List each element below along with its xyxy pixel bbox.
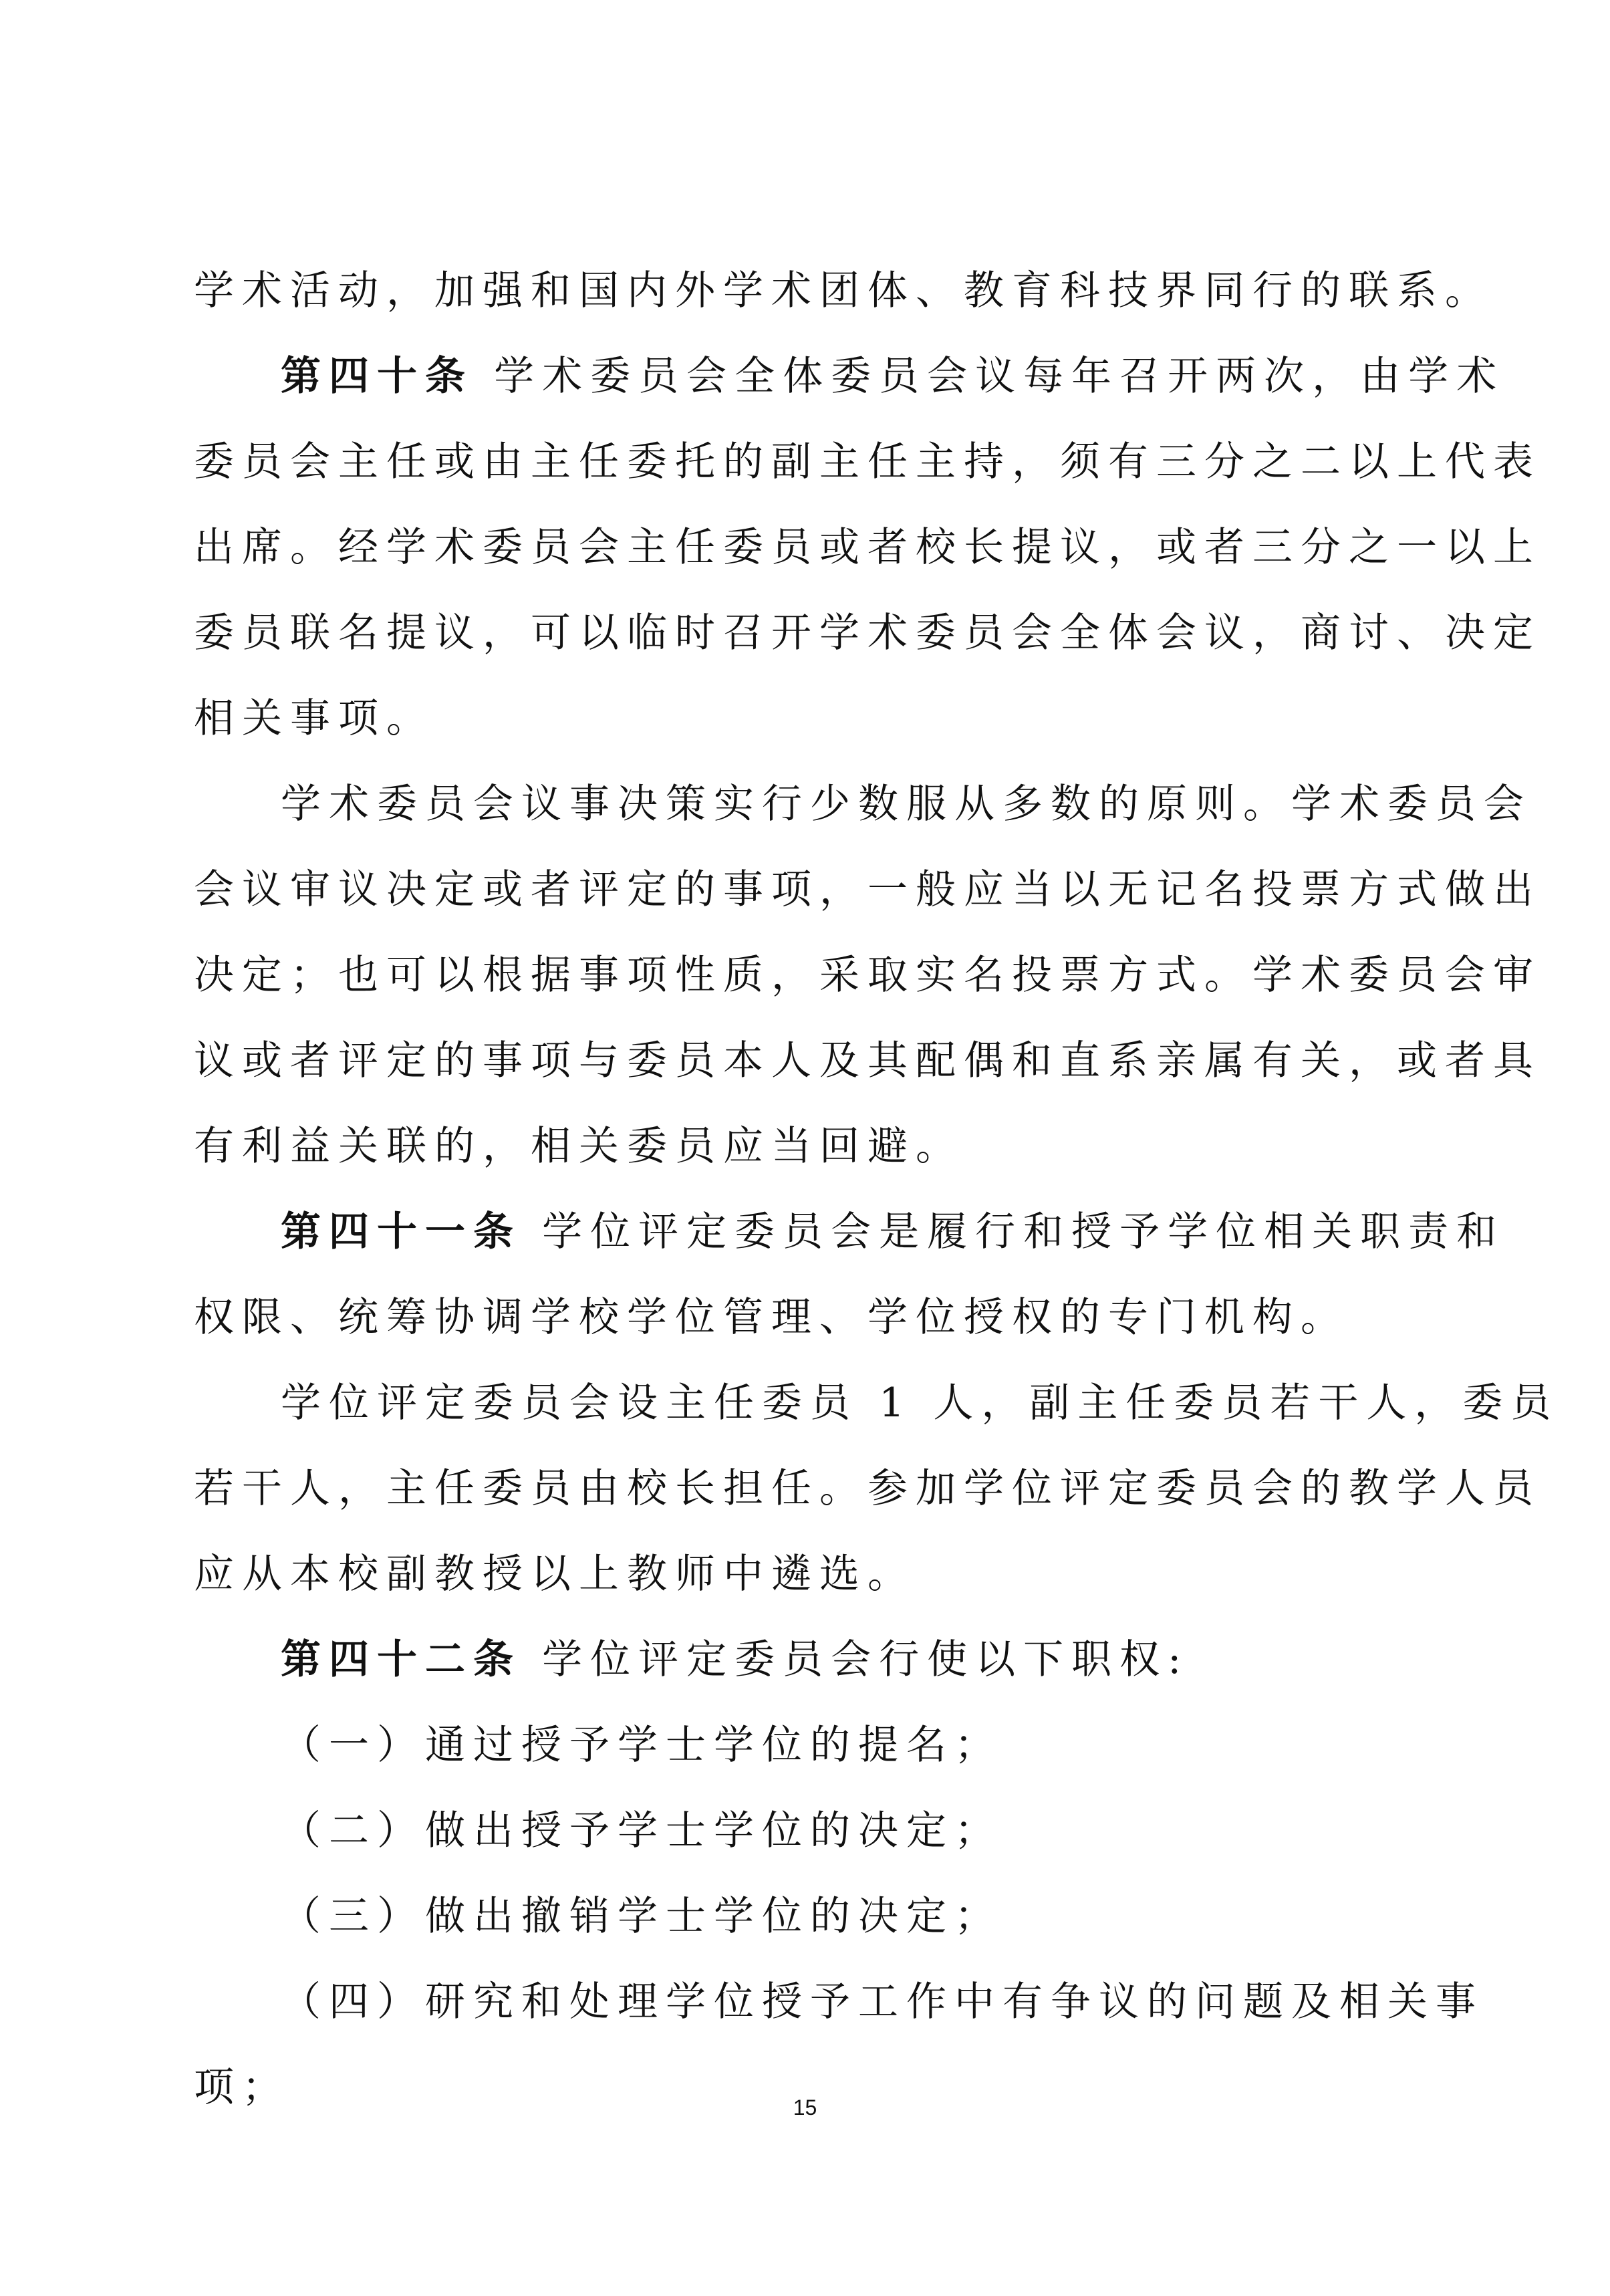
- article-41-line: 第四十一条 学位评定委员会是履行和授予学位相关职责和: [281, 1205, 1504, 1259]
- text-line: 相关事项。: [194, 692, 434, 745]
- text-line: 学术委员会议事决策实行少数服从多数的原则。学术委员会: [281, 777, 1532, 831]
- list-item: （四）研究和处理学位授予工作中有争议的问题及相关事: [281, 1975, 1484, 2029]
- text-line: 决定；也可以根据事项性质，采取实名投票方式。学术委员会审: [194, 948, 1541, 1002]
- article-40-line: 第四十条 学术委员会全体委员会议每年召开两次，由学术: [281, 350, 1504, 403]
- text-line: 学术活动，加强和国内外学术团体、教育科技界同行的联系。: [194, 264, 1493, 317]
- article-heading: 第四十条: [281, 353, 473, 400]
- text-line: 应从本校副教授以上教师中遴选。: [194, 1547, 916, 1601]
- text-line: 出席。经学术委员会主任委员或者校长提议，或者三分之一以上: [194, 521, 1541, 574]
- list-item: （二）做出授予学士学位的决定；: [281, 1804, 1002, 1858]
- text-line: 委员会主任或由主任委托的副主任主持，须有三分之二以上代表: [194, 435, 1541, 489]
- text-line: 委员联名提议，可以临时召开学术委员会全体会议，商讨、决定: [194, 606, 1541, 660]
- page-number: 15: [0, 2095, 1610, 2120]
- article-heading: 第四十二条: [281, 1636, 521, 1683]
- text-line: 会议审议决定或者评定的事项，一般应当以无记名投票方式做出: [194, 863, 1541, 916]
- document-page: 学术活动，加强和国内外学术团体、教育科技界同行的联系。 第四十条 学术委员会全体…: [0, 0, 1610, 2296]
- text-line: 权限、统筹协调学校学位管理、学位授权的专门机构。: [194, 1291, 1349, 1344]
- text-line: 议或者评定的事项与委员本人及其配偶和直系亲属有关，或者具: [194, 1034, 1541, 1088]
- list-item: （三）做出撤销学士学位的决定；: [281, 1890, 1002, 1943]
- list-item: （一）通过授予学士学位的提名；: [281, 1718, 1002, 1772]
- article-42-line: 第四十二条 学位评定委员会行使以下职权:: [281, 1633, 1189, 1686]
- article-heading: 第四十一条: [281, 1208, 521, 1255]
- text-line: 有利益关联的，相关委员应当回避。: [194, 1120, 964, 1173]
- text-line: 学位评定委员会设主任委员 1 人，副主任委员若干人，委员: [281, 1376, 1559, 1430]
- text-line: 若干人，主任委员由校长担任。参加学位评定委员会的教学人员: [194, 1462, 1541, 1515]
